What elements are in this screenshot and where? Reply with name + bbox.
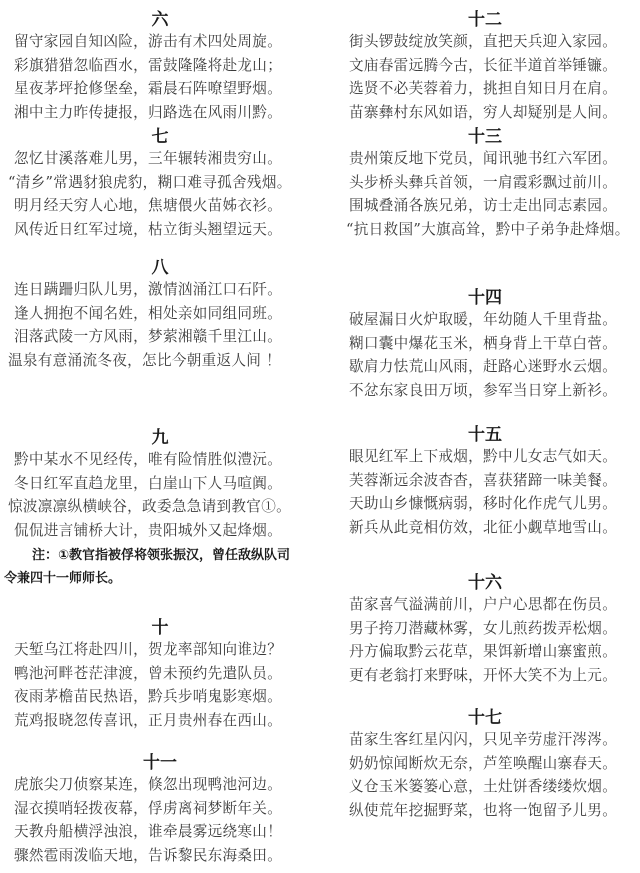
- poem-8: 八 连日蹒跚归队儿男，激情汹涌江口石阡。 逢人拥抱不闻名姓，相处亲如同组同班。 …: [0, 258, 320, 372]
- poem-line: 奶奶惊闻断炊无奈，芦笙唤醒山寨春天。: [320, 752, 640, 776]
- poem-line: 歇肩力怯荒山风雨，赶路心迷野水云烟。: [320, 355, 640, 379]
- poem-15: 十五 眼见红军上下戒烟，黔中儿女志气如天。 芙蓉渐远余波杳杳，喜获猪蹄一味美餐。…: [320, 425, 640, 539]
- poem-line: “抗日救国”大旗高耸，黔中子弟争赴烽烟。: [320, 218, 640, 242]
- footnote-line: 令兼四十一师师长。: [0, 567, 320, 590]
- poem-line: 芙蓉渐远余波杳杳，喜获猪蹄一味美餐。: [320, 469, 640, 493]
- poem-6: 六 留守家园自知凶险，游击有术四处周旋。 彩旗猎猎忽临酉水，雷鼓隆隆将赴龙山； …: [0, 10, 320, 124]
- poem-line: 新兵从此竞相仿效，北征小觑草地雪山。: [320, 516, 640, 540]
- poem-line: 逢人拥抱不闻名姓，相处亲如同组同班。: [0, 302, 320, 326]
- poem-title: 九: [0, 428, 320, 448]
- poem-11: 十一 虎旅尖刀侦察某连，倏忽出现鸭池河边。 湿衣摸哨轻拨夜幕，俘虏离祠梦断年关。…: [0, 753, 320, 867]
- poem-12: 十二 街头锣鼓绽放笑颜，直把天兵迎入家园。 文庙春雷远腾今古，长征半道首举锤镰。…: [320, 10, 640, 124]
- poem-line: 留守家园自知凶险，游击有术四处周旋。: [0, 30, 320, 54]
- poem-line: 文庙春雷远腾今古，长征半道首举锤镰。: [320, 54, 640, 78]
- poem-line: 星夜茅坪抢修堡垒，霜晨石阵嘹望野烟。: [0, 77, 320, 101]
- poem-page: 六 留守家园自知凶险，游击有术四处周旋。 彩旗猎猎忽临酉水，雷鼓隆隆将赴龙山； …: [0, 0, 640, 873]
- poem-title: 七: [0, 127, 320, 147]
- poem-line: “清乡”常遇豺狼虎豹，糊口难寻孤舍残烟。: [0, 171, 320, 195]
- poem-line: 选贤不必芙蓉着力，挑担自知日月在肩。: [320, 77, 640, 101]
- poem-14: 十四 破屋漏日火炉取暖，年幼随人千里背盐。 糊口囊中爆花玉米，栖身背上干草白菅。…: [320, 288, 640, 402]
- poem-line: 苗家生客红星闪闪，只见辛劳虚汗涔涔。: [320, 728, 640, 752]
- poem-title: 六: [0, 10, 320, 30]
- poem-16: 十六 苗家喜气溢满前川，户户心思都在伤员。 男子挎刀潜藏林雾，女儿煎药拨弄松烟。…: [320, 573, 640, 687]
- poem-line: 天教舟船横浮浊浪，谁牵晨雾远绕寒山！: [0, 820, 320, 844]
- poem-line: 苗家喜气溢满前川，户户心思都在伤员。: [320, 593, 640, 617]
- poem-line: 惊波凛凛纵横峡谷，政委急急请到教官①。: [0, 495, 320, 519]
- poem-title: 十四: [320, 288, 640, 308]
- poem-line: 天助山乡慷慨病弱，移时化作虎气儿男。: [320, 492, 640, 516]
- poem-10: 十 天堑乌江将赴四川，贺龙率部知向谁边？ 鸭池河畔苍茫津渡，曾未预约先遣队员。 …: [0, 618, 320, 732]
- poem-title: 十七: [320, 708, 640, 728]
- poem-line: 纵使荒年挖掘野菜，也将一饱留予儿男。: [320, 799, 640, 823]
- poem-line: 冬日红军直趋龙里，白崖山下人马喧阗。: [0, 472, 320, 496]
- poem-line: 连日蹒跚归队儿男，激情汹涌江口石阡。: [0, 278, 320, 302]
- poem-line: 侃侃进言铺桥大计，贵阳城外又起烽烟。: [0, 519, 320, 543]
- poem-line: 湿衣摸哨轻拨夜幕，俘虏离祠梦断年关。: [0, 797, 320, 821]
- poem-line: 男子挎刀潜藏林雾，女儿煎药拨弄松烟。: [320, 617, 640, 641]
- poem-line: 街头锣鼓绽放笑颜，直把天兵迎入家园。: [320, 30, 640, 54]
- poem-line: 更有老翁打来野味，开怀大笑不为上元。: [320, 664, 640, 688]
- poem-line: 贵州策反地下党员，闻讯驰书红六军团。: [320, 147, 640, 171]
- footnote-line: 注：①教官指被俘将领张振汉，曾任敌纵队司: [0, 544, 320, 567]
- poem-line: 头步桥头彝兵首领，一肩霞彩飘过前川。: [320, 171, 640, 195]
- poem-line: 明月经天穷人心地，焦塘偎火苗姊衣衫。: [0, 194, 320, 218]
- poem-line: 围城叠涌各族兄弟，访士走出同志素园。: [320, 194, 640, 218]
- poem-title: 十三: [320, 127, 640, 147]
- poem-line: 骤然雹雨泼临天地，告诉黎民东海桑田。: [0, 844, 320, 868]
- poem-line: 湘中主力昨传捷报，归路选在风雨川黔。: [0, 101, 320, 125]
- poem-line: 彩旗猎猎忽临酉水，雷鼓隆隆将赴龙山；: [0, 54, 320, 78]
- poem-7: 七 忽忆甘溪落难儿男，三年辗转湘贵穷山。 “清乡”常遇豺狼虎豹，糊口难寻孤舍残烟…: [0, 127, 320, 241]
- poem-9: 九 黔中某水不见经传，唯有险情胜似澧沅。 冬日红军直趋龙里，白崖山下人马喧阗。 …: [0, 428, 320, 542]
- poem-line: 忽忆甘溪落难儿男，三年辗转湘贵穷山。: [0, 147, 320, 171]
- poem-title: 十: [0, 618, 320, 638]
- poem-line: 鸭池河畔苍茫津渡，曾未预约先遣队员。: [0, 662, 320, 686]
- poem-17: 十七 苗家生客红星闪闪，只见辛劳虚汗涔涔。 奶奶惊闻断炊无奈，芦笙唤醒山寨春天。…: [320, 708, 640, 822]
- poem-line: 眼见红军上下戒烟，黔中儿女志气如天。: [320, 445, 640, 469]
- poem-line: 苗寨彝村东风如语，穷人却疑别是人间。: [320, 101, 640, 125]
- poem-line: 泪落武陵一方风雨，梦萦湘赣千里江山。: [0, 325, 320, 349]
- poem-line: 温泉有意涌流冬夜，怎比今朝重返人间 ！: [0, 349, 320, 373]
- poem-13: 十三 贵州策反地下党员，闻讯驰书红六军团。 头步桥头彝兵首领，一肩霞彩飘过前川。…: [320, 127, 640, 241]
- poem-line: 糊口囊中爆花玉米，栖身背上干草白菅。: [320, 332, 640, 356]
- poem-line: 义仓玉米篓篓心意，土灶饼香缕缕炊烟。: [320, 775, 640, 799]
- poem-line: 黔中某水不见经传，唯有险情胜似澧沅。: [0, 448, 320, 472]
- poem-line: 风传近日红军过境，枯立街头翘望远天。: [0, 218, 320, 242]
- poem-line: 丹方偏取黔云花草，果饵新增山寨蜜煎。: [320, 640, 640, 664]
- poem-line: 夜雨茅檐苗民热语，黔兵步哨鬼影寒烟。: [0, 685, 320, 709]
- poem-line: 破屋漏日火炉取暖，年幼随人千里背盐。: [320, 308, 640, 332]
- poem-line: 不忿东家良田万顷，参军当日穿上新衫。: [320, 379, 640, 403]
- poem-title: 十二: [320, 10, 640, 30]
- poem-title: 十六: [320, 573, 640, 593]
- poem-line: 天堑乌江将赴四川，贺龙率部知向谁边？: [0, 638, 320, 662]
- poem-line: 虎旅尖刀侦察某连，倏忽出现鸭池河边。: [0, 773, 320, 797]
- footnote: 注：①教官指被俘将领张振汉，曾任敌纵队司 令兼四十一师师长。: [0, 544, 320, 590]
- poem-title: 八: [0, 258, 320, 278]
- poem-title: 十五: [320, 425, 640, 445]
- poem-title: 十一: [0, 753, 320, 773]
- poem-line: 荒鸡报晓忽传喜讯，正月贵州春在西山。: [0, 709, 320, 733]
